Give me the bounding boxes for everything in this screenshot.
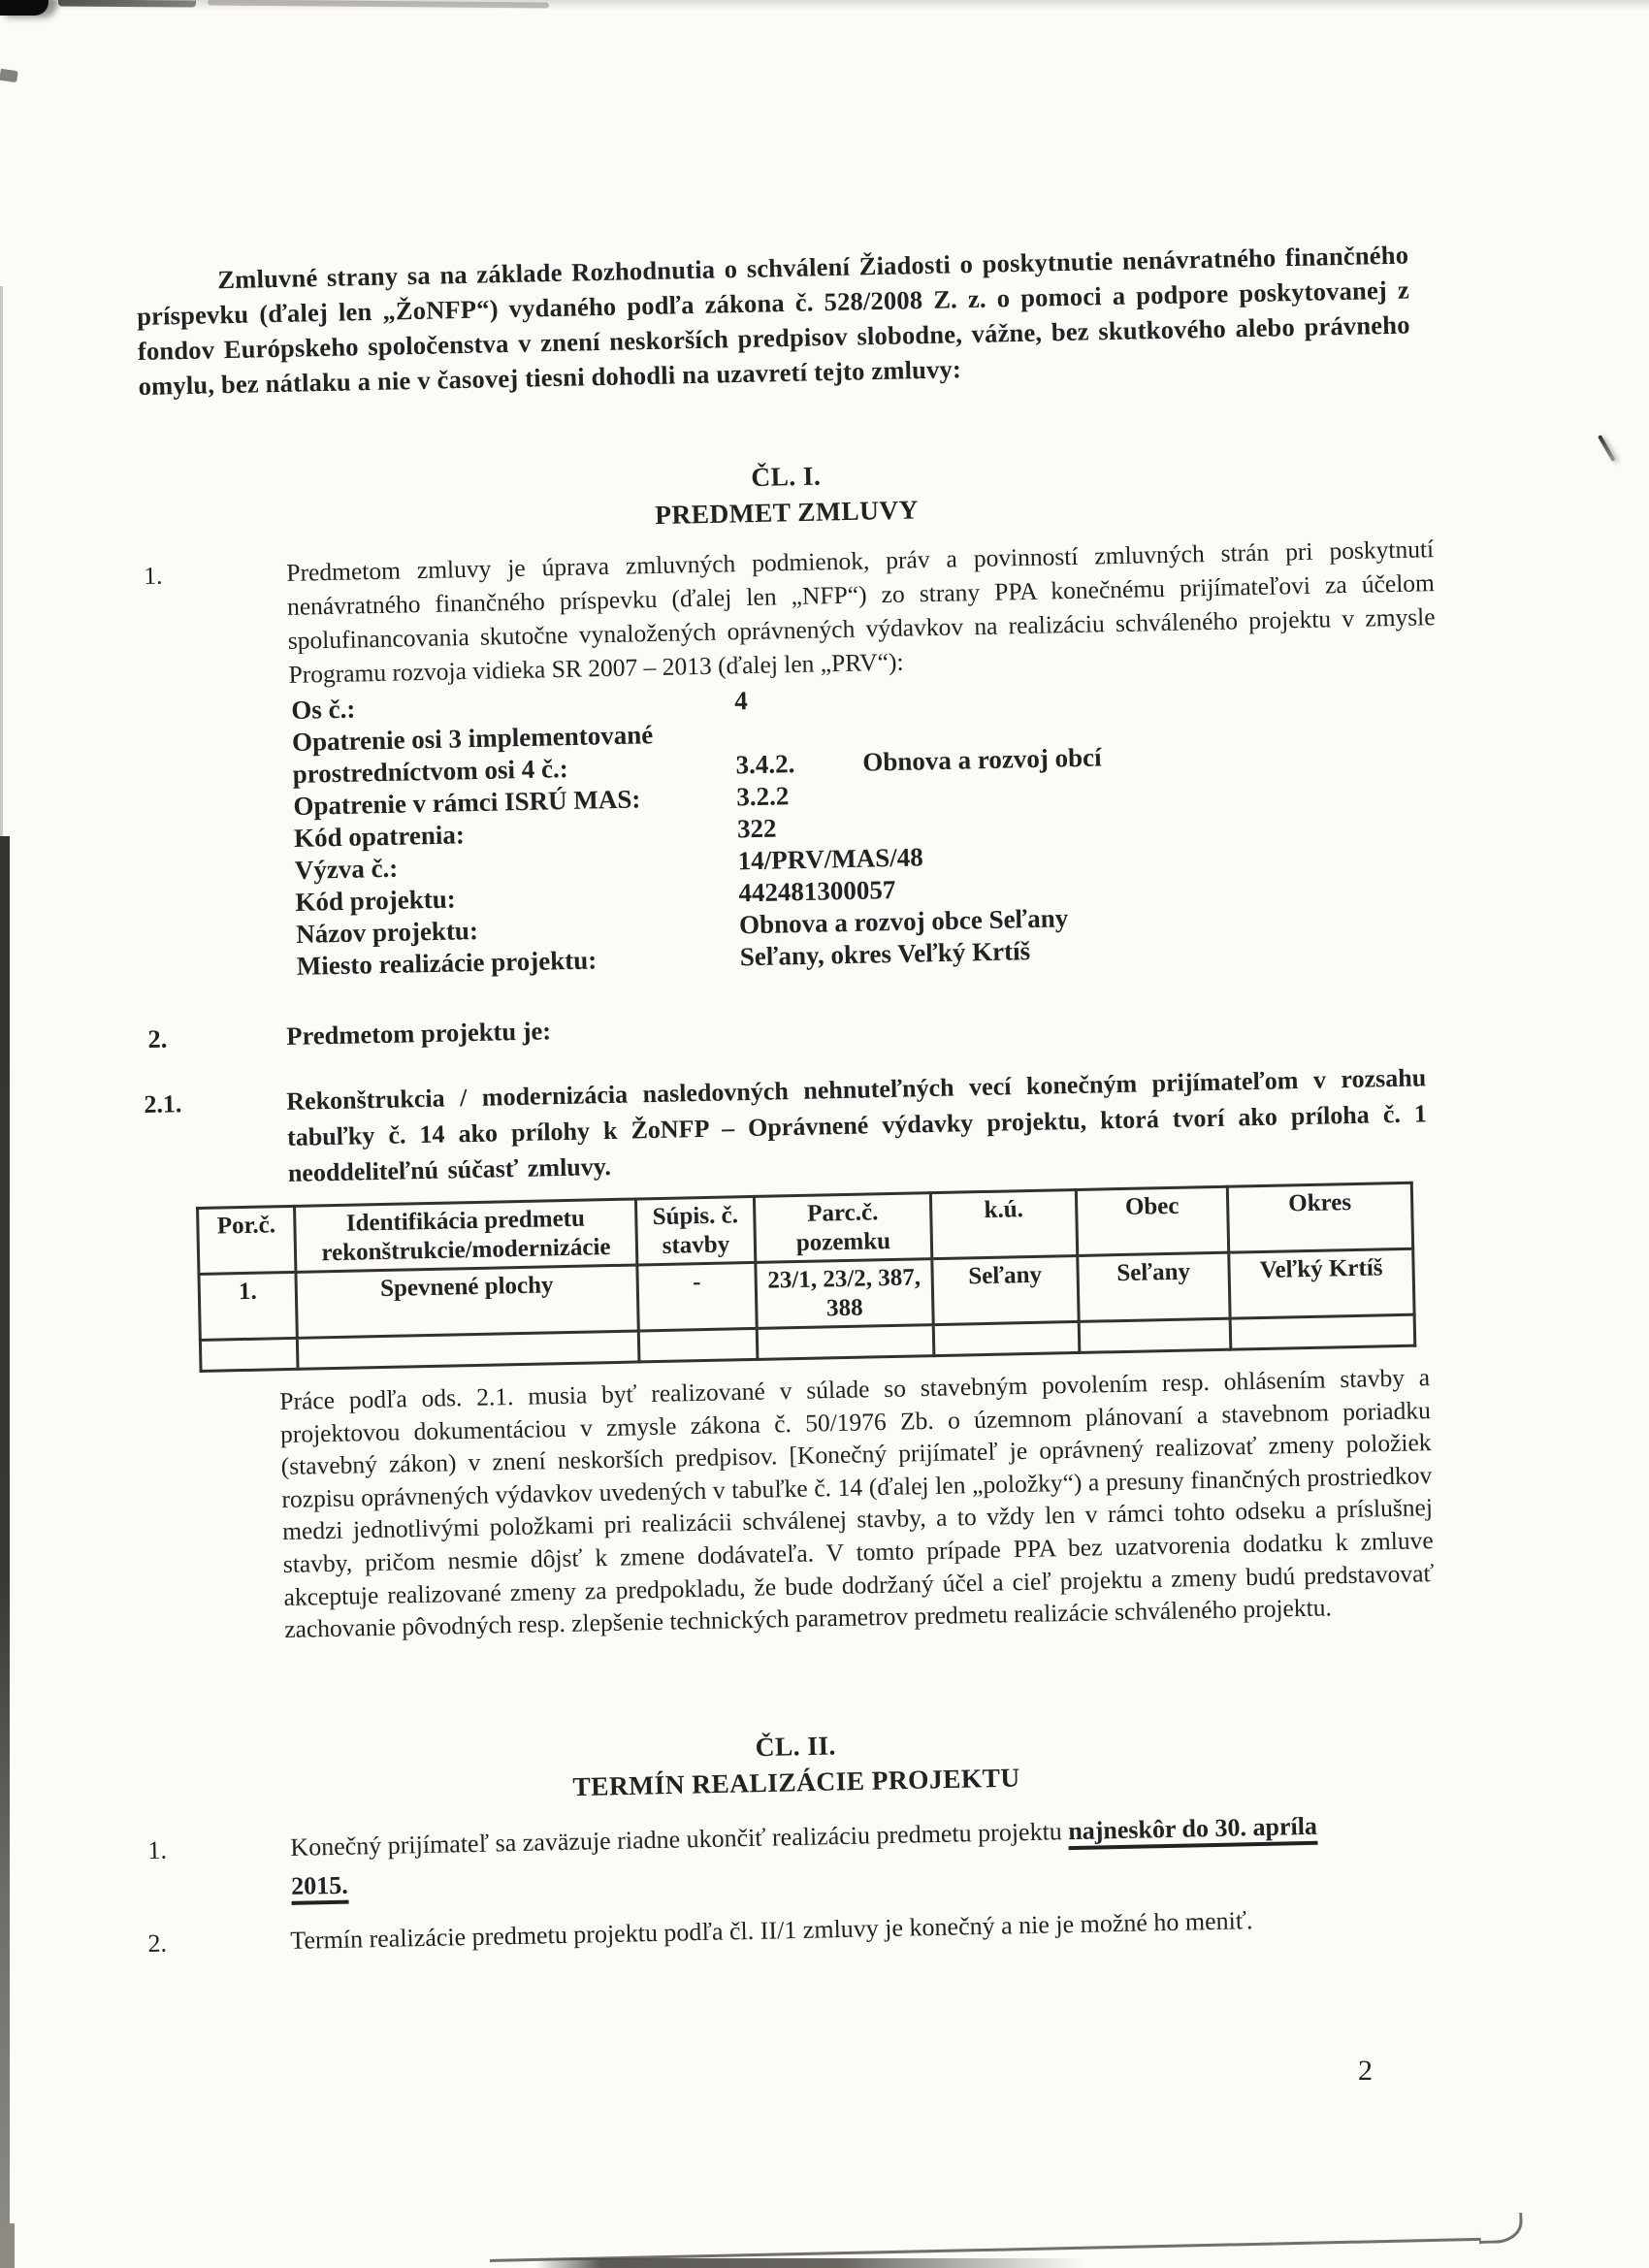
cell-okres: Veľký Krtíš [1229, 1248, 1414, 1318]
reconstruction-objects-table: Por.č. Identifikácia predmetu rekonštruk… [196, 1182, 1416, 1373]
col-header-identifikacia: Identifikácia predmetu rekonštrukcie/mod… [295, 1199, 637, 1272]
detail-value-name: Obnova a rozvoj obcí [862, 743, 1102, 777]
article1-item2-1: 2.1. Rekonštrukcia / modernizácia nasled… [144, 1059, 1428, 1194]
article2-heading: ČL. II. TERMÍN REALIZÁCIE PROJEKTU [116, 1714, 1475, 1814]
detail-value: 4 [734, 685, 748, 717]
deadline-underlined: najneskôr do 30. apríla [1068, 1812, 1317, 1850]
article1-item2: 2. Predmetom projektu je: [147, 995, 1408, 1057]
scan-blob-top-left [0, 0, 48, 16]
intro-paragraph: Zmluvné strany sa na základe Rozhodnutia… [136, 238, 1411, 404]
empty-cell [757, 1325, 934, 1360]
item-text: Predmetom projektu je: [286, 995, 1409, 1054]
col-header-supis: Súpis. č. stavby [635, 1196, 755, 1265]
scan-left-edge-faint-line [0, 286, 3, 844]
scanned-contract-page: Zmluvné strany sa na základe Rozhodnutia… [0, 0, 1649, 2268]
detail-value: 3.2.2 [736, 780, 790, 813]
col-header-porc: Por.č. [198, 1206, 296, 1274]
cell-ku: Seľany [932, 1255, 1079, 1324]
cell-porc: 1. [199, 1272, 297, 1340]
item-text: Rekonštrukcia / modernizácia nasledovnýc… [286, 1059, 1428, 1191]
empty-cell [1079, 1318, 1231, 1352]
article2-item1: 1. Konečný prijímateľ sa zaväzuje riadne… [147, 1804, 1429, 1909]
col-header-parc: Parc.č. pozemku [754, 1193, 931, 1263]
scan-bottom-left-gray-block [0, 2223, 15, 2268]
scan-left-edge-dark-strip [0, 836, 10, 2268]
item-number: 2.1. [144, 1084, 288, 1194]
item-number: 1. [144, 556, 289, 695]
detail-value-code: 3.4.2. [735, 749, 794, 779]
scan-bottom-smudge [535, 2258, 1084, 2268]
item-text: Konečný prijímateľ sa zaväzuje riadne uk… [290, 1804, 1429, 1906]
scan-diagonal-pen-mark [1598, 435, 1615, 462]
deadline-year-underlined: 2015. [291, 1871, 348, 1905]
article1-closing-paragraph: Práce podľa ods. 2.1. musia byť realizov… [279, 1361, 1435, 1646]
col-header-ku: k.ú. [930, 1189, 1077, 1258]
scan-page-corner-curve [1478, 2213, 1523, 2244]
article1-heading: ČL. I. PREDMET ZMLUVY [107, 444, 1466, 544]
article2-item2: 2. Termín realizácie predmetu projektu p… [147, 1898, 1428, 1961]
detail-value: 14/PRV/MAS/48 [737, 841, 923, 877]
project-details: Os č.: 4 Opatrenie osi 3 implementované … [291, 670, 1432, 982]
item-text-plain: Konečný prijímateľ sa zaväzuje riadne uk… [290, 1817, 1068, 1862]
empty-cell [200, 1338, 298, 1371]
col-header-obec: Obec [1076, 1186, 1228, 1255]
empty-cell [1230, 1314, 1415, 1349]
detail-value: Seľany, okres Veľký Krtíš [739, 935, 1030, 973]
item-number: 2. [147, 1923, 291, 1961]
scan-dash-left-edge [0, 69, 18, 82]
item-text: Predmetom zmluvy je úprava zmluvných pod… [286, 532, 1437, 692]
item-text: Termín realizácie predmetu projektu podľ… [290, 1898, 1429, 1959]
page-number: 2 [1358, 2055, 1373, 2088]
article1-item1: 1. Predmetom zmluvy je úprava zmluvných … [144, 532, 1437, 695]
cell-parc: 23/1, 23/2, 387, 388 [756, 1259, 933, 1329]
scan-streak-top-dark [58, 0, 196, 7]
empty-cell [297, 1331, 639, 1369]
item-number: 1. [147, 1829, 292, 1909]
cell-obec: Seľany [1078, 1252, 1230, 1321]
empty-cell [933, 1321, 1080, 1355]
cell-identifikacia: Spevnené plochy [296, 1265, 638, 1338]
detail-value: 442481300057 [738, 874, 896, 909]
cell-supis: - [637, 1262, 757, 1331]
detail-value: 322 [737, 813, 777, 846]
detail-label: Opatrenie osi 3 implementované prostredn… [292, 717, 736, 791]
col-header-okres: Okres [1227, 1183, 1412, 1252]
empty-cell [638, 1328, 758, 1362]
item-number: 2. [147, 1019, 287, 1057]
